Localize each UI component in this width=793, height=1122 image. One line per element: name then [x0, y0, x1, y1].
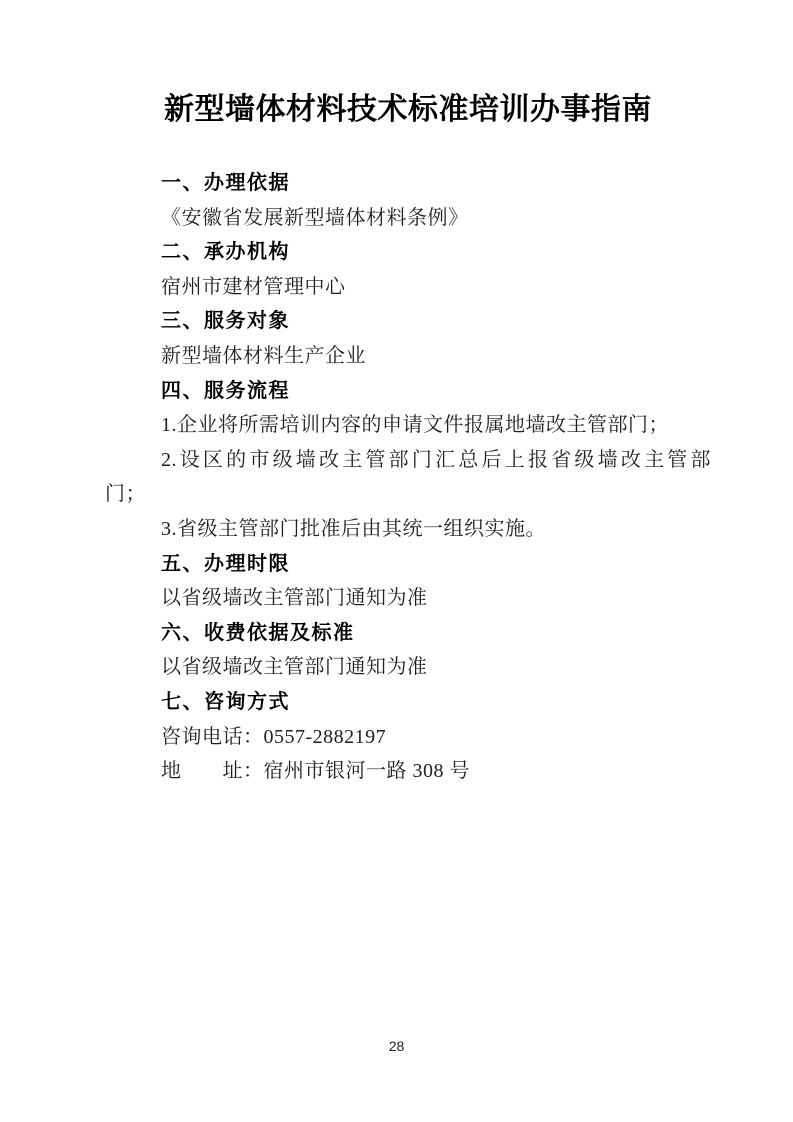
- document-content: 新型墙体材料技术标准培训办事指南 一、办理依据《安徽省发展新型墙体材料条例》二、…: [105, 88, 711, 789]
- document-page: 新型墙体材料技术标准培训办事指南 一、办理依据《安徽省发展新型墙体材料条例》二、…: [0, 0, 793, 1122]
- page-title: 新型墙体材料技术标准培训办事指南: [105, 88, 711, 132]
- paragraph-line: 3.省级主管部门批准后由其统一组织实施。: [105, 512, 711, 547]
- section-heading: 三、服务对象: [105, 304, 711, 339]
- paragraph-line: 宿州市建材管理中心: [105, 270, 711, 305]
- section-heading: 四、服务流程: [105, 374, 711, 409]
- section-heading: 一、办理依据: [105, 166, 711, 201]
- section-heading: 二、承办机构: [105, 235, 711, 270]
- paragraph-line: 门；: [105, 477, 711, 512]
- section-heading: 七、咨询方式: [105, 685, 711, 720]
- paragraph-line: 以省级墙改主管部门通知为准: [105, 581, 711, 616]
- section-heading: 六、收费依据及标准: [105, 616, 711, 651]
- paragraph-line: 2.设区的市级墙改主管部门汇总后上报省级墙改主管部: [105, 443, 711, 478]
- section-heading: 五、办理时限: [105, 547, 711, 582]
- paragraph-line: 1.企业将所需培训内容的申请文件报属地墙改主管部门；: [105, 408, 711, 443]
- paragraph-line: 地 址：宿州市银河一路 308 号: [105, 754, 711, 789]
- paragraph-line: 以省级墙改主管部门通知为准: [105, 650, 711, 685]
- paragraph-line: 咨询电话：0557-2882197: [105, 720, 711, 755]
- sections: 一、办理依据《安徽省发展新型墙体材料条例》二、承办机构宿州市建材管理中心三、服务…: [105, 166, 711, 789]
- page-number: 28: [0, 1038, 793, 1054]
- paragraph-line: 《安徽省发展新型墙体材料条例》: [105, 201, 711, 236]
- paragraph-line: 新型墙体材料生产企业: [105, 339, 711, 374]
